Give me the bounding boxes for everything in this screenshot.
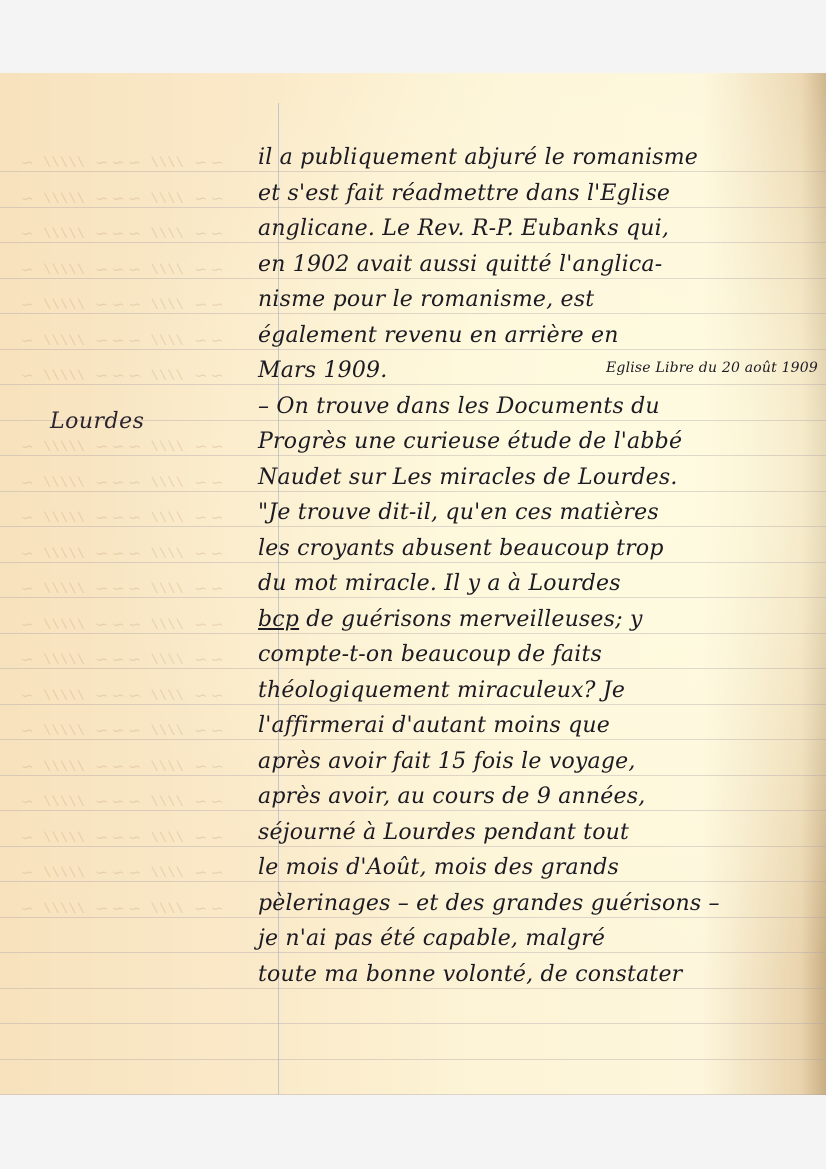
bleed-through-line: ~~ //// ~~~ ///// ~~ /// (20, 579, 270, 593)
text-line: séjourné à Lourdes pendant tout (258, 820, 824, 845)
line-text: du mot miracle. Il y a à Lourdes (258, 571, 621, 596)
ruled-line (0, 846, 826, 847)
line-text: nisme pour le romanisme, est (258, 287, 594, 312)
line-text: l'affirmerai d'autant moins que (258, 713, 610, 738)
ruled-line (0, 384, 826, 385)
line-text: après avoir, au cours de 9 années, (258, 784, 645, 809)
text-line: compte-t-on beaucoup de faits (258, 642, 824, 667)
text-line: le mois d'Août, mois des grands (258, 855, 824, 880)
line-text: également revenu en arrière en (258, 323, 619, 348)
text-line: après avoir, au cours de 9 années, (258, 784, 824, 809)
bleed-through-line: ~~ //// ~~~ ///// ~~ /// (20, 757, 270, 771)
text-line: pèlerinages – et des grandes guérisons – (258, 891, 824, 916)
ruled-line (0, 810, 826, 811)
line-text: Mars 1909. (258, 358, 387, 383)
text-line: bcp de guérisons merveilleuses; y (258, 607, 824, 632)
line-text: les croyants abusent beaucoup trop (258, 536, 664, 561)
text-line: toute ma bonne volonté, de constater (258, 962, 824, 987)
text-line: après avoir fait 15 fois le voyage, (258, 749, 824, 774)
line-text: toute ma bonne volonté, de constater (258, 962, 682, 987)
line-text: pèlerinages – et des grandes guérisons – (258, 891, 720, 916)
bleed-through-line: ~~ //// ~~~ ///// ~~ /// (20, 295, 270, 309)
bleed-through-line: ~~ //// ~~~ ///// ~~ /// (20, 508, 270, 522)
ruled-line (0, 633, 826, 634)
ruled-line (0, 775, 826, 776)
text-line: du mot miracle. Il y a à Lourdes (258, 571, 824, 596)
bleed-through-line: ~~ //// ~~~ ///// ~~ /// (20, 792, 270, 806)
ruled-line (0, 455, 826, 456)
bleed-through-line: ~~ //// ~~~ ///// ~~ /// (20, 473, 270, 487)
line-text: il a publiquement abjuré le romanisme (258, 145, 698, 170)
bleed-through-line: ~~ //// ~~~ ///// ~~ /// (20, 260, 270, 274)
bleed-through-line: ~~ //// ~~~ ///// ~~ /// (20, 721, 270, 735)
ruled-line (0, 171, 826, 172)
bleed-through-line: ~~ //// ~~~ ///// ~~ /// (20, 153, 270, 167)
line-text: bcp de guérisons merveilleuses; y (258, 607, 643, 632)
bleed-through-line: ~~ //// ~~~ ///// ~~ /// (20, 544, 270, 558)
source-citation: Eglise Libre du 20 août 1909 (606, 360, 818, 376)
line-text: – On trouve dans les Documents du (258, 394, 660, 419)
text-line: en 1902 avait aussi quitté l'anglica- (258, 252, 824, 277)
ruled-line (0, 526, 826, 527)
ruled-line (0, 739, 826, 740)
line-text: et s'est fait réadmettre dans l'Eglise (258, 181, 670, 206)
bleed-through-line: ~~ //// ~~~ ///// ~~ /// (20, 686, 270, 700)
text-line: Naudet sur Les miracles de Lourdes. (258, 465, 824, 490)
line-text: Progrès une curieuse étude de l'abbé (258, 429, 682, 454)
ruled-line (0, 1094, 826, 1095)
ruled-line (0, 597, 826, 598)
text-line: "Je trouve dit-il, qu'en ces matières (258, 500, 824, 525)
bleed-through-line: ~~ //// ~~~ ///// ~~ /// (20, 224, 270, 238)
line-text: séjourné à Lourdes pendant tout (258, 820, 629, 845)
bleed-through-line: ~~ //// ~~~ ///// ~~ /// (20, 828, 270, 842)
text-line: Progrès une curieuse étude de l'abbé (258, 429, 824, 454)
margin-note: Lourdes (50, 409, 144, 434)
bleed-through-line: ~~ //// ~~~ ///// ~~ /// (20, 650, 270, 664)
ruled-line (0, 917, 826, 918)
ruled-line (0, 704, 826, 705)
text-line: Mars 1909.Eglise Libre du 20 août 1909 (258, 358, 824, 383)
text-line: l'affirmerai d'autant moins que (258, 713, 824, 738)
bleed-through-line: ~~ //// ~~~ ///// ~~ /// (20, 863, 270, 877)
text-line: et s'est fait réadmettre dans l'Eglise (258, 181, 824, 206)
ruled-line (0, 242, 826, 243)
bleed-through-line: ~~ //// ~~~ ///// ~~ /// (20, 366, 270, 380)
line-text: en 1902 avait aussi quitté l'anglica- (258, 252, 662, 277)
ruled-line (0, 278, 826, 279)
line-text: après avoir fait 15 fois le voyage, (258, 749, 636, 774)
text-line: également revenu en arrière en (258, 323, 824, 348)
bleed-through-line: ~~ //// ~~~ ///// ~~ /// (20, 899, 270, 913)
ruled-line (0, 207, 826, 208)
line-text: "Je trouve dit-il, qu'en ces matières (258, 500, 659, 525)
bleed-through-line: ~~ //// ~~~ ///// ~~ /// (20, 437, 270, 451)
line-text: anglicane. Le Rev. R-P. Eubanks qui, (258, 216, 669, 241)
ruled-line (0, 562, 826, 563)
ruled-line (0, 1059, 826, 1060)
ruled-line (0, 988, 826, 989)
text-line: théologiquement miraculeux? Je (258, 678, 824, 703)
ruled-line (0, 952, 826, 953)
ruled-line (0, 881, 826, 882)
line-text: théologiquement miraculeux? Je (258, 678, 625, 703)
ruled-line (0, 1023, 826, 1024)
bleed-through-line: ~~ //// ~~~ ///// ~~ /// (20, 615, 270, 629)
text-line: nisme pour le romanisme, est (258, 287, 824, 312)
line-text: je n'ai pas été capable, malgré (258, 926, 605, 951)
line-text: compte-t-on beaucoup de faits (258, 642, 602, 667)
line-text: le mois d'Août, mois des grands (258, 855, 619, 880)
ruled-line (0, 349, 826, 350)
ruled-line (0, 313, 826, 314)
line-text: Naudet sur Les miracles de Lourdes. (258, 465, 678, 490)
bleed-through-line: ~~ //// ~~~ ///// ~~ /// (20, 331, 270, 345)
text-line: – On trouve dans les Documents du (258, 394, 824, 419)
text-line: les croyants abusent beaucoup trop (258, 536, 824, 561)
text-line: anglicane. Le Rev. R-P. Eubanks qui, (258, 216, 824, 241)
text-line: je n'ai pas été capable, malgré (258, 926, 824, 951)
ruled-line (0, 491, 826, 492)
text-line: il a publiquement abjuré le romanisme (258, 145, 824, 170)
manuscript-page: ~~ //// ~~~ ///// ~~ /// ~~ //// ~~~ ///… (0, 73, 826, 1095)
bleed-through-line: ~~ //// ~~~ ///// ~~ /// (20, 189, 270, 203)
ruled-line (0, 668, 826, 669)
